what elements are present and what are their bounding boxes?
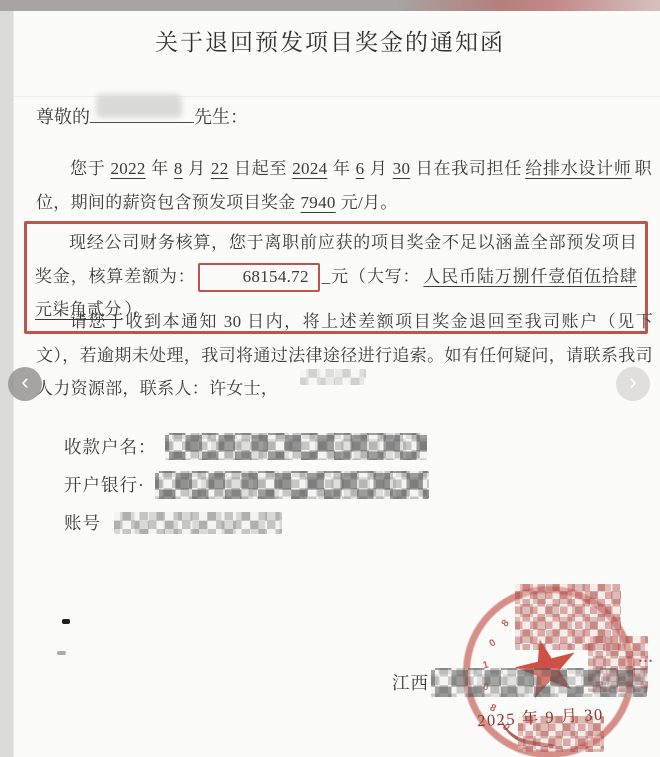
end-month-value: 6	[351, 159, 370, 178]
salutation-prefix: 尊敬的	[36, 107, 90, 127]
end-year-value: 2024	[287, 159, 332, 178]
ink-speck	[57, 651, 66, 655]
signature-company-line: 江西	[392, 668, 647, 697]
bank-label: 开户银行·	[64, 472, 145, 497]
text: _元（大写：	[322, 267, 421, 286]
start-month-value: 8	[169, 159, 188, 178]
text: 元/月。	[341, 193, 398, 212]
paragraph-instructions: 请您于收到本通知 30 日内，将上述差额项目奖金退回至我司账户（见下文），若逾期…	[36, 305, 653, 406]
prev-image-button[interactable]: ‹	[8, 367, 42, 401]
name-blur	[96, 94, 182, 118]
text: 年	[332, 159, 350, 178]
payee-label: 收款户名：	[64, 434, 157, 459]
ink-speck	[62, 619, 70, 624]
bank-info: 收款户名： 开户银行· 账号	[64, 433, 429, 547]
monthly-bonus-value: 7940	[296, 193, 341, 212]
bank-row: 开户银行·	[64, 471, 429, 498]
amount-box: 68154.72	[198, 263, 320, 292]
salutation: 尊敬的先生：	[36, 102, 248, 129]
photo-edge-top	[0, 0, 660, 11]
page-title: 关于退回预发项目奖金的通知函	[0, 24, 660, 57]
text: 年	[151, 159, 169, 178]
redacted-name	[90, 102, 194, 123]
start-year-value: 2022	[106, 159, 151, 178]
job-title-value: 给排水设计师	[522, 159, 634, 178]
text: 日起至	[234, 159, 288, 178]
redacted-bank-name	[155, 471, 429, 499]
redacted-company-name	[431, 668, 647, 697]
document-photo: 关于退回预发项目奖金的通知函 尊敬的先生： 您于2022年8月22日起至2024…	[0, 0, 660, 757]
redacted-payee-name	[165, 433, 427, 460]
text: 月	[188, 159, 206, 178]
text: 月	[369, 159, 387, 178]
chevron-right-icon: ›	[629, 371, 636, 393]
chevron-left-icon: ‹	[21, 371, 28, 393]
redacted-phone	[300, 369, 366, 385]
text: 您于	[70, 159, 106, 178]
paragraph-employment: 您于2022年8月22日起至2024年6月30日在我司担任给排水设计师职位，期间…	[36, 152, 652, 219]
amount-value: 68154.72	[243, 267, 309, 286]
text: 日在我司担任	[415, 159, 522, 178]
salutation-suffix: 先生：	[194, 107, 248, 127]
end-day-value: 30	[388, 159, 416, 178]
next-image-button[interactable]: ›	[616, 367, 650, 401]
company-prefix: 江西	[392, 670, 429, 695]
redacted-account-number	[114, 512, 282, 534]
start-day-value: 22	[206, 159, 234, 178]
account-label: 账号	[64, 510, 101, 535]
account-row: 账号	[64, 509, 429, 536]
payee-row: 收款户名：	[64, 433, 429, 460]
seal-dots: …	[638, 650, 655, 667]
